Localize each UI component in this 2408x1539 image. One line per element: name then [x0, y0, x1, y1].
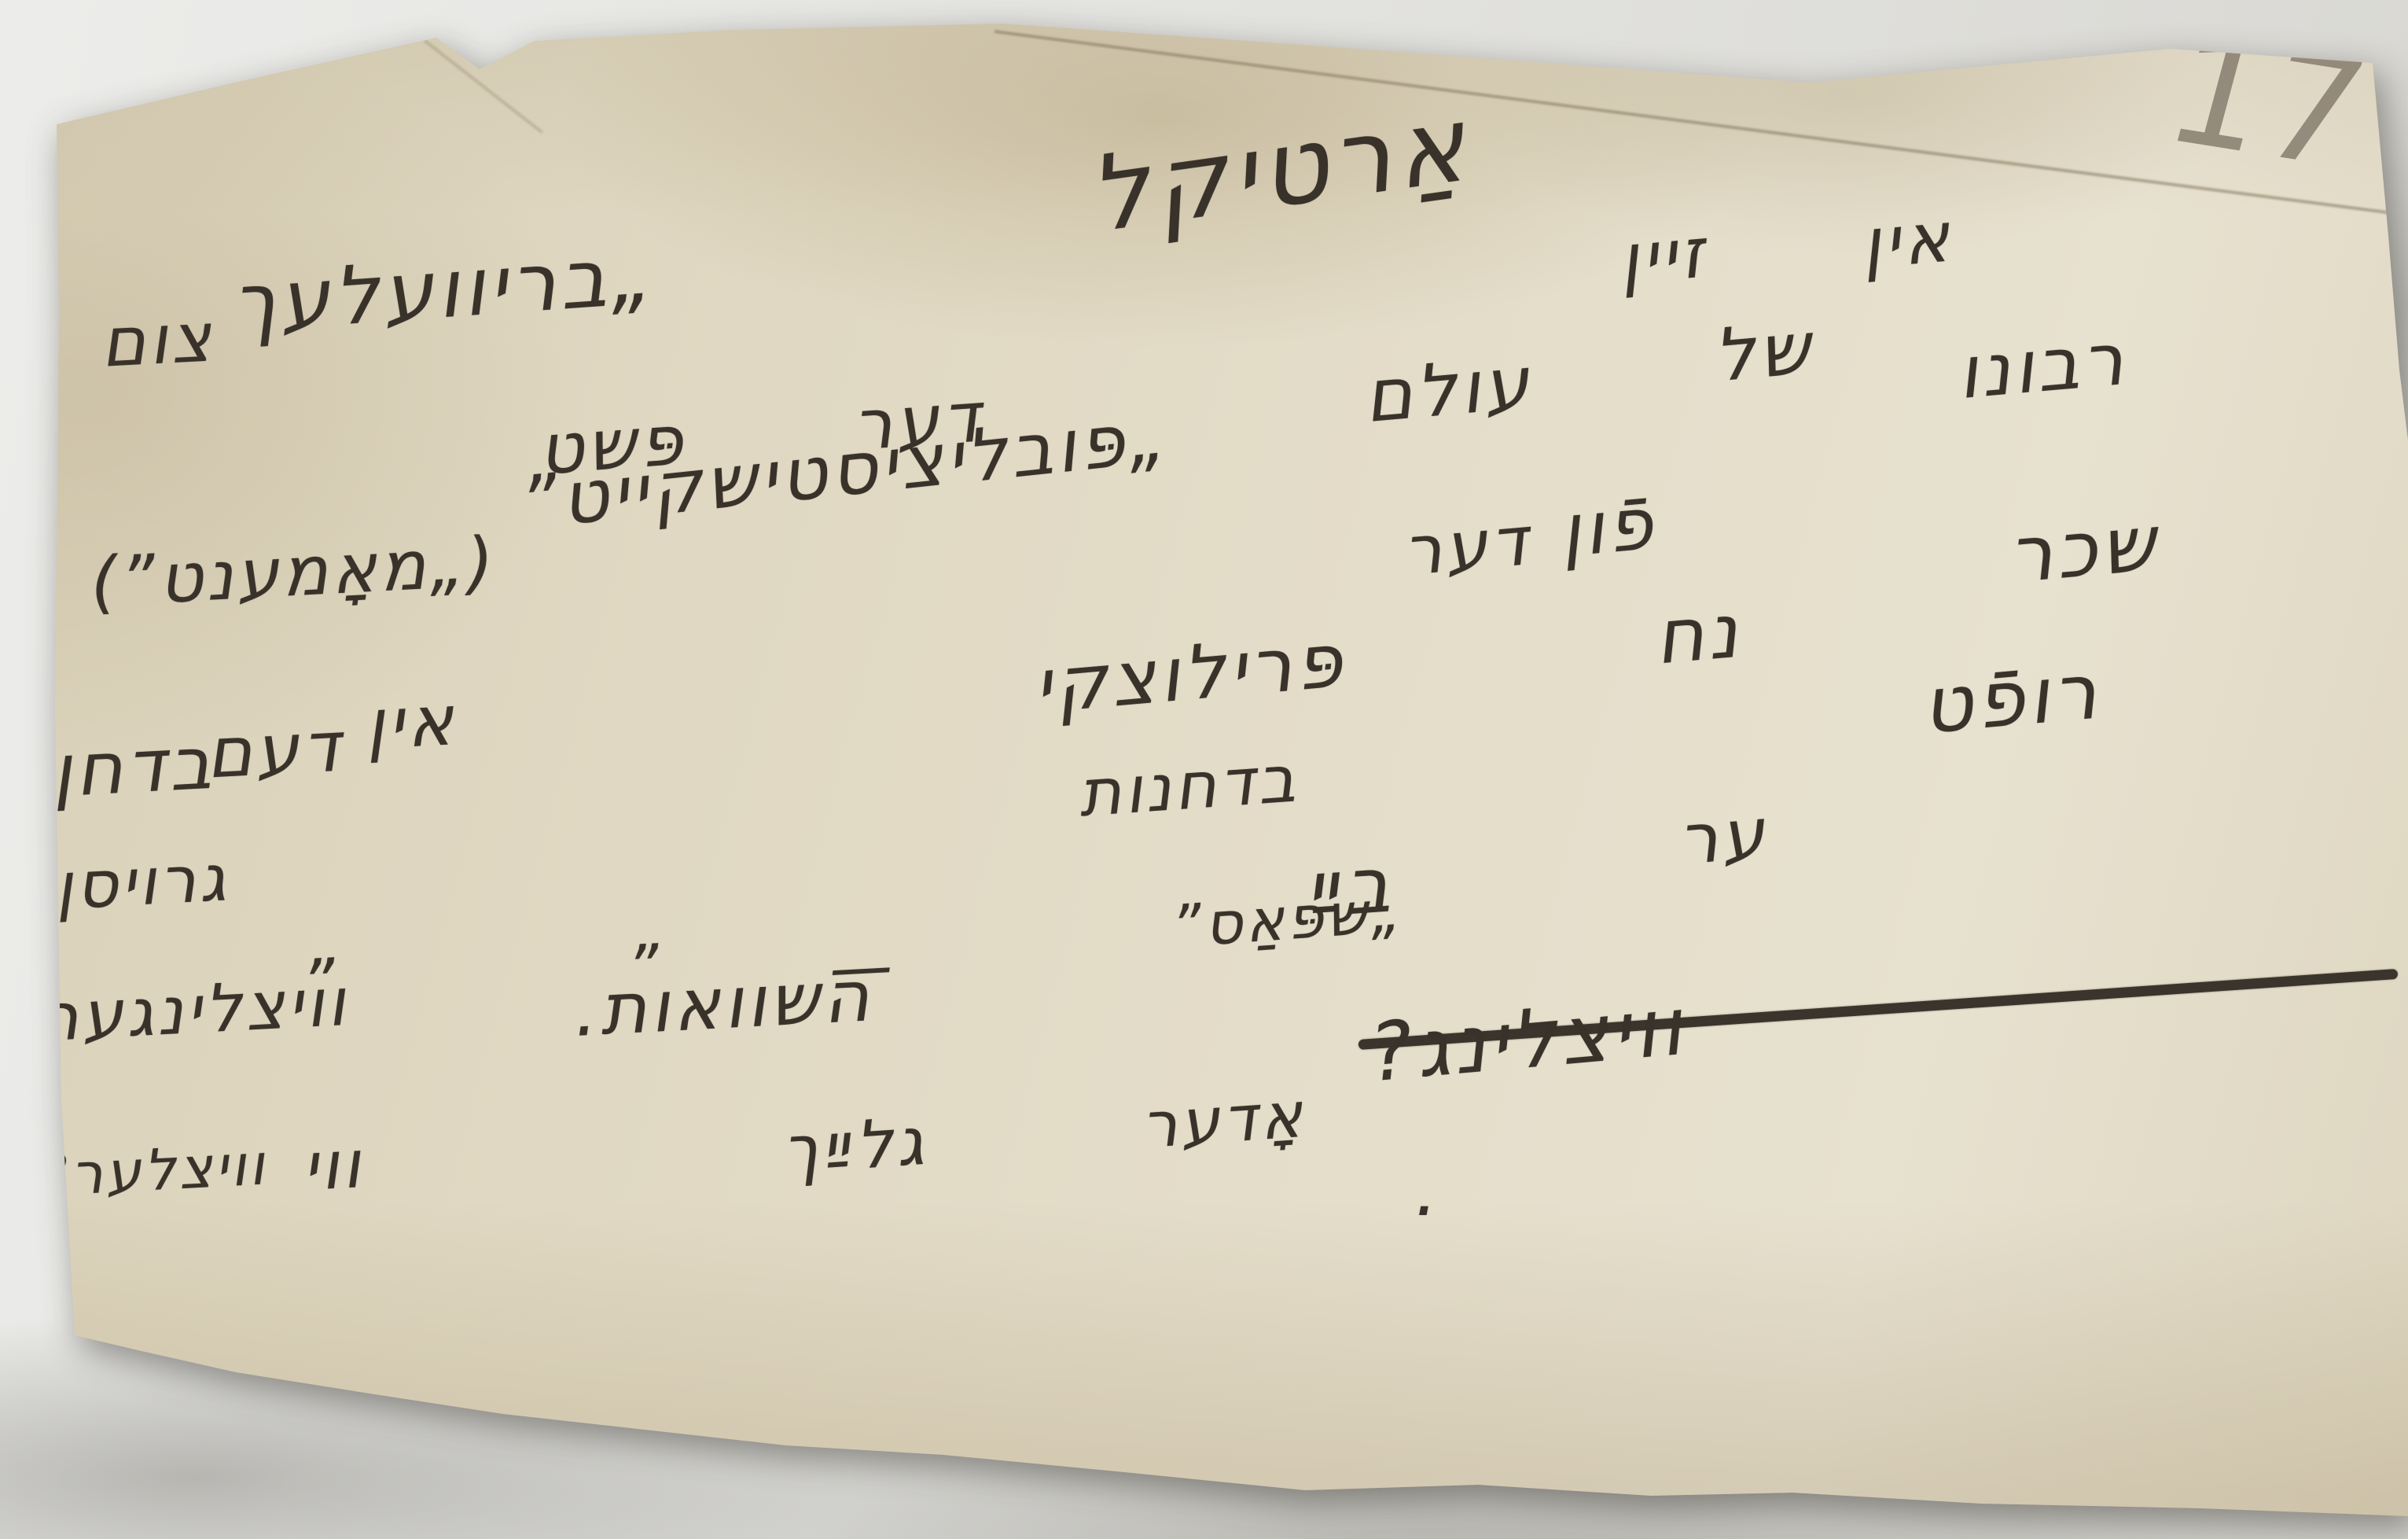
handwritten-word: דעם — [204, 712, 345, 788]
handwritten-word: („מאָמענט”) — [89, 528, 498, 617]
handwritten-word: צום — [99, 304, 216, 377]
handwritten-word: שכר — [2005, 505, 2162, 595]
handwritten-word: של — [1711, 312, 1816, 393]
page-number-pencil: 17 — [2153, 16, 2380, 190]
handwritten-word: דער — [1401, 507, 1534, 586]
handwritten-word: גלײַך — [780, 1108, 928, 1184]
handwritten-word: רופֿט — [1919, 653, 2103, 745]
handwritten-word: וויצלער? — [36, 1136, 268, 1204]
handwritten-word: השוואות. — [572, 961, 874, 1047]
paper-crease-small — [424, 39, 543, 133]
handwritten-word: וויצלינג? — [1366, 987, 1689, 1095]
handwritten-word: וויצלינגער — [39, 969, 350, 1051]
handwritten-word: פֿון — [1557, 488, 1659, 568]
paper-wrapper: 17 אין זיין אַרטיקל „בריוועלעך צום רבונו… — [0, 0, 2408, 1539]
handwritten-word: אין — [1858, 202, 1955, 279]
handwritten-word: נח — [1652, 594, 1744, 676]
handwritten-word: ער — [1675, 798, 1770, 875]
handwritten-word: זיין — [1616, 218, 1710, 294]
note-paper: 17 אין זיין אַרטיקל „בריוועלעך צום רבונו… — [0, 0, 2408, 1539]
handwritten-word: פּרילוצקי — [1031, 624, 1349, 725]
handwritten-word: . — [1415, 1156, 1441, 1227]
handwritten-word: ” — [626, 937, 664, 1000]
handwritten-word: אָדער — [1139, 1084, 1307, 1158]
handwritten-word: בדחנות — [1076, 747, 1300, 827]
handwritten-word: „שפּאַס” — [1170, 882, 1405, 956]
handwritten-word: רבונו — [1954, 323, 2129, 410]
photo-background: 17 אין זיין אַרטיקל „בריוועלעך צום רבונו… — [0, 0, 2408, 1539]
handwritten-word: ווי — [301, 1131, 365, 1200]
handwritten-word: „בריוועלעך — [230, 235, 658, 344]
handwritten-word: עולם — [1361, 347, 1535, 433]
handwritten-word: אַרטיקל — [1083, 92, 1476, 248]
handwritten-word: גרויסן — [53, 846, 230, 919]
handwritten-word: בדחן — [50, 727, 217, 808]
handwritten-word: אין — [364, 686, 458, 760]
